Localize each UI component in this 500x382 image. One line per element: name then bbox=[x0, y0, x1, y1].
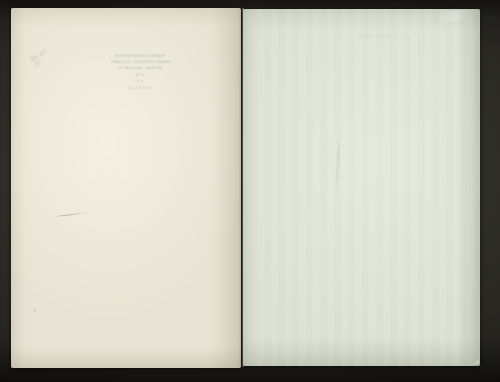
right-page: BOSTON MEDICAL LIBRARY bbox=[243, 9, 480, 366]
book-scan: Bd 47 26 BOSTON MEDICAL LIBRARY FRANCIS … bbox=[0, 0, 500, 382]
scratch-mark bbox=[52, 212, 92, 218]
stamp-shelfmark-1: Nº 3 bbox=[111, 73, 169, 77]
pencil-inscription: Bd 47 26 bbox=[29, 28, 88, 69]
corner-nick bbox=[473, 358, 479, 364]
left-page: Bd 47 26 BOSTON MEDICAL LIBRARY FRANCIS … bbox=[11, 8, 241, 368]
stamp-shelfmark-2: 2 e bbox=[111, 79, 169, 83]
library-stamp: BOSTON MEDICAL LIBRARY FRANCIS A. COUNTW… bbox=[111, 53, 169, 91]
stamp-line-3: OF MEDICINE · BOSTON bbox=[111, 65, 169, 71]
pencil-corner-mark: v. bbox=[33, 308, 37, 314]
stamp-date: JUL 13 1921 bbox=[111, 85, 169, 91]
stamp-offset-ghost: BOSTON MEDICAL LIBRARY bbox=[337, 34, 429, 41]
page-corner-sheen bbox=[430, 10, 476, 22]
crease-mark bbox=[336, 135, 341, 191]
